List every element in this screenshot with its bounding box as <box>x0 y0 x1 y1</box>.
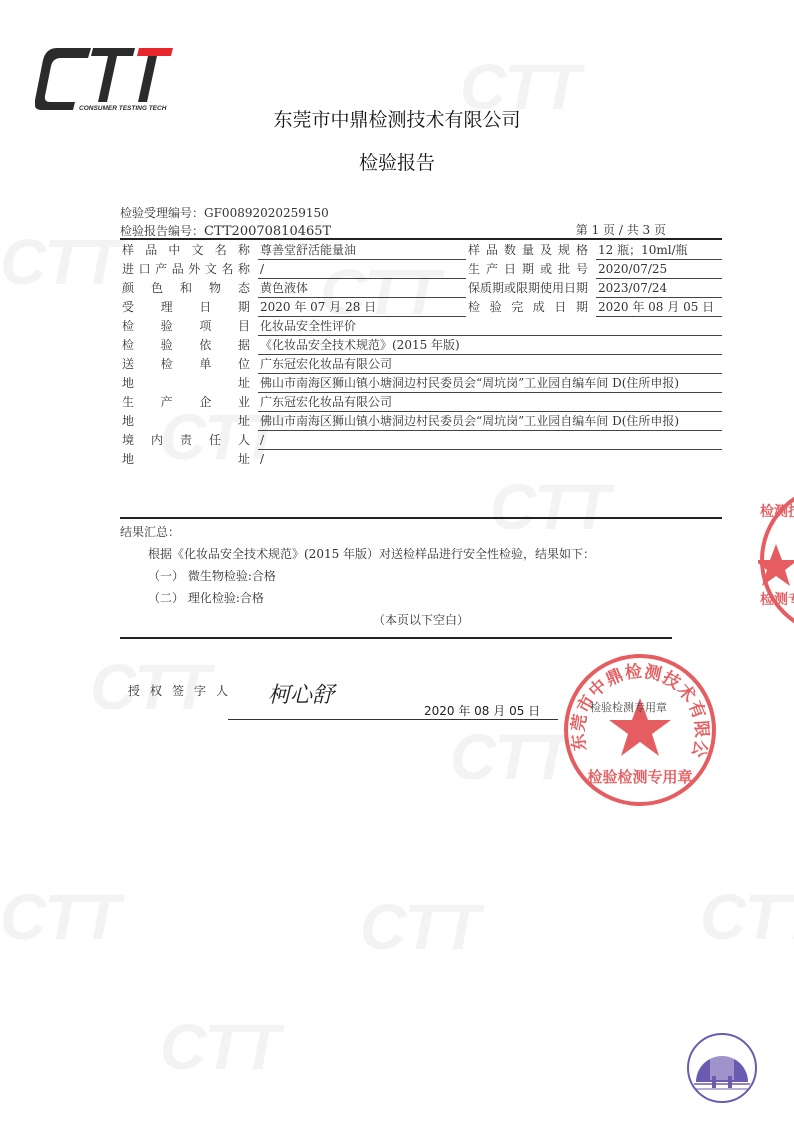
report-number-value: CTT20070810465T <box>204 224 331 239</box>
field-label: 地址 <box>120 412 258 431</box>
watermark: CTT <box>450 720 568 794</box>
field-label: 境内责任人 <box>120 431 258 450</box>
field-value: 尊善堂舒活能量油 <box>258 241 466 260</box>
report-number-label: 检验报告编号： <box>120 224 204 238</box>
field-value: 广东冠宏化妆品有限公司 <box>258 355 722 374</box>
field-label: 检验项目 <box>120 317 258 336</box>
field-value: 2020 年 07 月 28 日 <box>258 298 466 317</box>
divider <box>120 517 722 519</box>
sign-date: 2020 年 08 月 05 日 <box>424 702 540 719</box>
table-row: 生产企业 广东冠宏化妆品有限公司 <box>120 393 722 412</box>
edge-seal: 检测技 检测专 <box>758 482 794 638</box>
field-label: 检验依据 <box>120 336 258 355</box>
company-seal: 东莞市中鼎检测技术有限公司 检验检测专用章 <box>560 650 720 810</box>
table-row: 进口产品外文名称 / 生产日期或批号 2020/07/25 <box>120 260 722 279</box>
signature: 柯心舒 <box>268 678 334 709</box>
table-row: 检验项目 化妆品安全性评价 <box>120 317 722 336</box>
field-label: 保质期或限期使用日期 <box>466 279 596 298</box>
field-label: 送检单位 <box>120 355 258 374</box>
field-label: 样品中文名称 <box>120 241 258 260</box>
field-label: 进口产品外文名称 <box>120 260 258 279</box>
table-row: 境内责任人 / <box>120 431 722 450</box>
summary-item: （一） 微生物检验:合格 <box>120 565 722 587</box>
table-row: 地址 / <box>120 450 722 469</box>
summary-heading: 结果汇总： <box>120 521 722 543</box>
summary-item: （二） 理化检验:合格 <box>120 587 722 609</box>
document-title: 检验报告 <box>0 148 794 175</box>
ctt-logo: CONSUMER TESTING TECH <box>35 44 175 114</box>
field-label: 生产日期或批号 <box>466 260 596 279</box>
watermark: CTT <box>0 225 118 299</box>
summary-intro: 根据《化妆品安全技术规范》(2015 年版）对送检样品进行安全性检验，结果如下： <box>120 543 722 565</box>
field-value: 佛山市南海区狮山镇小塘洞边村民委员会“周坑岗”工业园自编车间 D(住所申报) <box>258 374 722 393</box>
field-value: 12 瓶；10ml/瓶 <box>596 241 722 260</box>
table-row: 检验依据 《化妆品安全技术规范》(2015 年版) <box>120 336 722 355</box>
field-value: 《化妆品安全技术规范》(2015 年版) <box>258 336 722 355</box>
signatory-label: 授权签字人 <box>128 682 238 699</box>
acceptance-number-label: 检验受理编号： <box>120 206 204 220</box>
table-row: 颜色和物态 黄色液体 保质期或限期使用日期 2023/07/24 <box>120 279 722 298</box>
acceptance-number: 检验受理编号：GF00892020259150 <box>120 204 329 221</box>
page-indicator: 第 1 页 / 共 3 页 <box>576 221 666 238</box>
watermark: CTT <box>700 880 794 954</box>
edge-seal-text: 检测专 <box>760 591 794 608</box>
field-value: / <box>258 431 722 450</box>
field-value: 广东冠宏化妆品有限公司 <box>258 393 722 412</box>
divider <box>120 238 722 240</box>
field-label: 受理日期 <box>120 298 258 317</box>
field-label: 颜色和物态 <box>120 279 258 298</box>
field-value: 化妆品安全性评价 <box>258 317 722 336</box>
acceptance-number-value: GF00892020259150 <box>204 206 329 220</box>
watermark: CTT <box>160 1010 278 1084</box>
field-label: 生产企业 <box>120 393 258 412</box>
table-row: 地址 佛山市南海区狮山镇小塘洞边村民委员会“周坑岗”工业园自编车间 D(住所申报… <box>120 412 722 431</box>
edge-seal-text: 检测技 <box>760 503 794 520</box>
stamp-note: 检验检测专用章 <box>590 699 667 715</box>
watermark: CTT <box>0 880 118 954</box>
field-value: 2020 年 08 月 05 日 <box>596 298 722 317</box>
blank-note: （本页以下空白） <box>120 609 722 631</box>
seal-bottom-text: 检验检测专用章 <box>587 768 692 786</box>
field-label: 样品数量及规格 <box>466 241 596 260</box>
field-value: 2023/07/24 <box>596 279 722 298</box>
field-value: 2020/07/25 <box>596 260 722 279</box>
company-name: 东莞市中鼎检测技术有限公司 <box>0 105 794 132</box>
sample-info-table: 样品中文名称 尊善堂舒活能量油 样品数量及规格 12 瓶；10ml/瓶 进口产品… <box>120 241 722 468</box>
table-row: 地址 佛山市南海区狮山镇小塘洞边村民委员会“周坑岗”工业园自编车间 D(住所申报… <box>120 374 722 393</box>
field-value: 黄色液体 <box>258 279 466 298</box>
divider <box>120 637 672 639</box>
table-row: 送检单位 广东冠宏化妆品有限公司 <box>120 355 722 374</box>
field-value: / <box>258 260 466 279</box>
table-row: 受理日期 2020 年 07 月 28 日 检验完成日期 2020 年 08 月… <box>120 298 722 317</box>
certification-mark <box>686 1032 758 1104</box>
watermark: CTT <box>360 890 478 964</box>
field-label: 地址 <box>120 450 258 469</box>
field-value: 佛山市南海区狮山镇小塘洞边村民委员会“周坑岗”工业园自编车间 D(住所申报) <box>258 412 722 431</box>
field-value: / <box>258 450 722 469</box>
field-label: 检验完成日期 <box>466 298 596 317</box>
signature-line <box>228 719 558 720</box>
field-label: 地址 <box>120 374 258 393</box>
report-number: 检验报告编号：CTT20070810465T <box>120 222 331 239</box>
result-summary: 结果汇总： 根据《化妆品安全技术规范》(2015 年版）对送检样品进行安全性检验… <box>120 521 722 631</box>
table-row: 样品中文名称 尊善堂舒活能量油 样品数量及规格 12 瓶；10ml/瓶 <box>120 241 722 260</box>
